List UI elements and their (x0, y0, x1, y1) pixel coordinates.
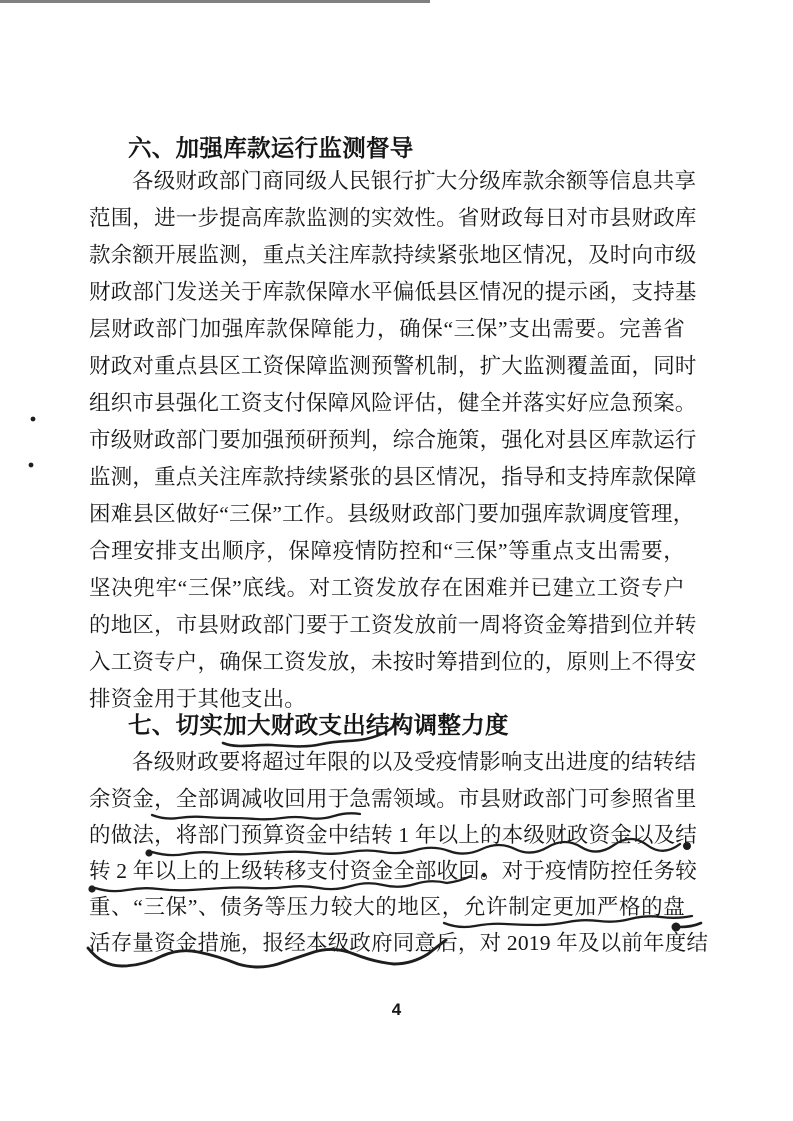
text-line: 各级财政要将超过年限的以及受疫情影响支出进度的结转结 (89, 747, 685, 777)
text-line: 活存量资金措施，报经本级政府同意后，对 2019 年及以前年度结 (89, 928, 685, 958)
text-line: 转 2 年以上的上级转移支付资金全部收回。对于疫情防控任务较 (89, 856, 685, 886)
pen-dot-tail (680, 923, 701, 927)
text-line: 监测，重点关注库款持续紧张的县区情况，指导和支持库款保障 (89, 462, 685, 492)
scan-edge-artifact (0, 0, 430, 3)
text-line: 财政部门发送关于库款保障水平偏低县区情况的提示函，支持基 (89, 277, 685, 307)
text-line: 重、“三保”、债务等压力较大的地区，允许制定更加严格的盘 (89, 892, 685, 922)
margin-dot (29, 463, 34, 468)
text-line: 组织市县强化工资支付保障风险评估，健全并落实好应急预案。 (89, 388, 685, 418)
text-line: 范围，进一步提高库款监测的实效性。省财政每日对市县财政库 (89, 203, 685, 233)
section-heading-7: 七、切实加大财政支出结构调整力度 (128, 710, 509, 740)
text-line: 困难县区做好“三保”工作。县级财政部门要加强库款调度管理， (89, 499, 685, 529)
text-line: 入工资专户，确保工资发放，未按时筹措到位的，原则上不得安 (89, 647, 685, 677)
pen-underline (152, 813, 360, 819)
text-line: 款余额开展监测，重点关注库款持续紧张地区情况，及时向市级 (89, 240, 685, 270)
text-line: 坚决兜牢“三保”底线。对工资发放存在困难并已建立工资专户 (89, 573, 685, 603)
text-line: 财政对重点县区工资保障监测预警机制，扩大监测覆盖面，同时 (89, 351, 685, 381)
text-line: 合理安排支出顺序，保障疫情防控和“三保”等重点支出需要， (89, 536, 685, 566)
section-heading-6: 六、加强库款运行监测督导 (128, 133, 414, 163)
page-number: 4 (0, 1000, 793, 1020)
text-line: 的做法，将部门预算资金中结转 1 年以上的本级财政资金以及结 (89, 820, 685, 850)
text-line: 层财政部门加强库款保障能力，确保“三保”支出需要。完善省 (89, 314, 685, 344)
margin-dot (31, 417, 36, 422)
text-line: 市级财政部门要加强预研预判，综合施策，强化对县区库款运行 (89, 425, 685, 455)
document-page: 六、加强库款运行监测督导 各级财政部门商同级人民银行扩大分级库款余额等信息共享 … (0, 0, 793, 1121)
text-line: 各级财政部门商同级人民银行扩大分级库款余额等信息共享 (89, 166, 685, 196)
text-line: 余资金，全部调减收回用于急需领域。市县财政部门可参照省里 (89, 784, 685, 814)
text-line: 的地区，市县财政部门要于工资发放前一周将资金筹措到位并转 (89, 610, 685, 640)
